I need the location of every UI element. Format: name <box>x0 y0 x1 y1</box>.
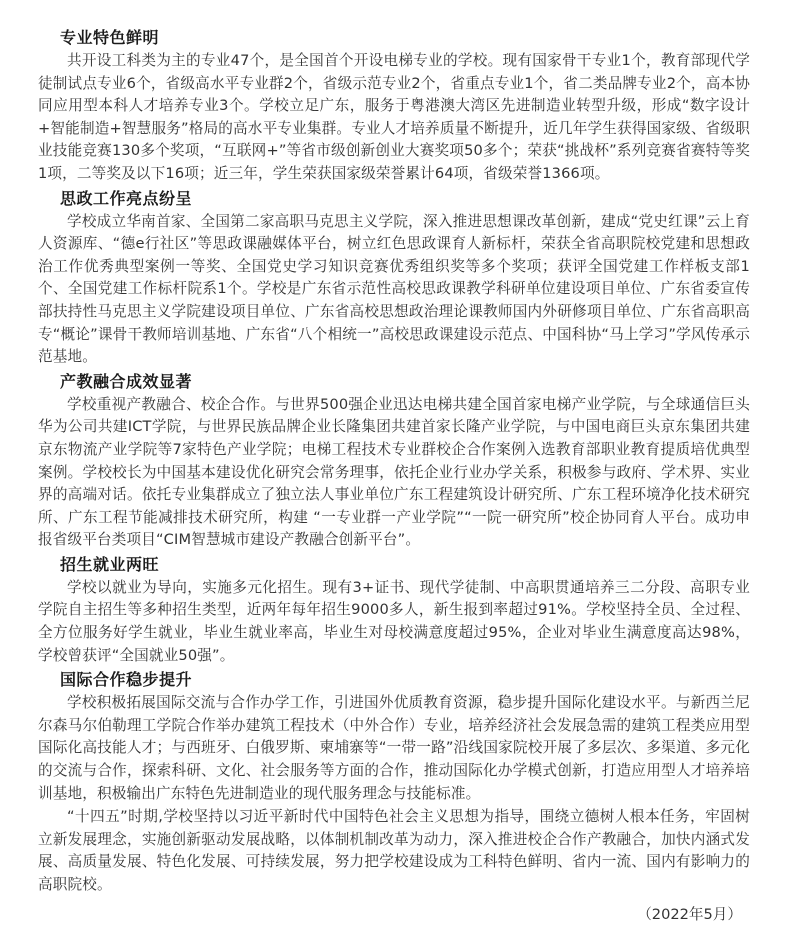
document-date: （2022年5月） <box>637 903 742 924</box>
section-heading-industry-integration: 产教融合成效显著 <box>38 370 750 394</box>
section-heading-specialty: 专业特色鲜明 <box>38 26 750 50</box>
section-body-specialty: 共开设工科类为主的专业47个，是全国首个开设电梯专业的学校。现有国家骨干专业1个… <box>38 50 750 186</box>
section-body-enrollment: 学校以就业为导向，实施多元化招生。现有3+证书、现代学徒制、中高职贯通培养三二分… <box>38 577 750 667</box>
section-body-ideology: 学校成立华南首家、全国第二家高职马克思主义学院，深入推进思想课改革创新，建成“党… <box>38 211 750 369</box>
section-heading-international: 国际合作稳步提升 <box>38 668 750 692</box>
section-heading-enrollment: 招生就业两旺 <box>38 553 750 577</box>
section-body-industry-integration: 学校重视产教融合、校企合作。与世界500强企业迅达电梯共建全国首家电梯产业学院，… <box>38 394 750 552</box>
section-body-international: 学校积极拓展国际交流与合作办学工作，引进国外优质教育资源，稳步提升国际化建设水平… <box>38 692 750 805</box>
section-heading-ideology: 思政工作亮点纷呈 <box>38 187 750 211</box>
document-page: 专业特色鲜明 共开设工科类为主的专业47个，是全国首个开设电梯专业的学校。现有国… <box>38 26 750 898</box>
closing-paragraph: “十四五”时期,学校坚持以习近平新时代中国特色社会主义思想为指导，围绕立德树人根… <box>38 806 750 896</box>
